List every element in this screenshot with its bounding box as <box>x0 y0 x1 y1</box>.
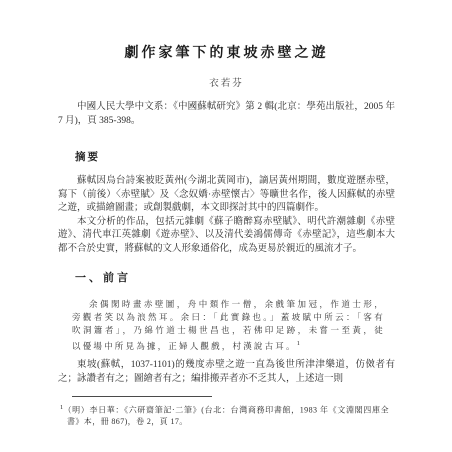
footnote: 1（明）李日華：《六研齋筆記·二筆》(台北：台灣商務印書館，1983 年《文淵閣… <box>60 402 389 429</box>
abstract-paragraph-1: 蘇軾因烏台詩案被貶黃州(今湖北黃岡市)，謫居黃州期間，數度遊歷赤壁，寫下（前後）… <box>58 175 395 216</box>
publication-info: 中國人民大學中文系：《中國蘇軾研究》第 2 輯(北京：學苑出版社，2005 年 … <box>58 101 395 128</box>
section-heading-foreword: 一、前言 <box>75 269 395 285</box>
footnote-reference-marker: 1 <box>297 340 300 347</box>
block-quote: 余偶閑時畫赤壁圖，舟中頹作一僧，余戲筆加冠，作道士形，旁觀者笑以為浪然耳。余曰：… <box>72 298 385 353</box>
footnote-separator <box>72 396 212 397</box>
footnote-text: （明）李日華：《六研齋筆記·二筆》(台北：台灣商務印書館，1983 年《文淵閣四… <box>63 405 389 426</box>
abstract-paragraph-2: 本文分析的作品，包括元雜劇《蘇子瞻醉寫赤壁賦》、明代許潮雜劇《赤壁遊》、清代車江… <box>58 216 395 257</box>
intro-paragraph: 東坡(蘇軾，1037-1101)的幾度赤壁之遊一直為後世所津津樂道，仿傚者有之；… <box>58 359 395 386</box>
author-name: 衣若芬 <box>58 75 395 89</box>
document-page: 劇作家筆下的東坡赤壁之遊 衣若芬 中國人民大學中文系：《中國蘇軾研究》第 2 輯… <box>0 0 452 452</box>
block-quote-text: 余偶閑時畫赤壁圖，舟中頹作一僧，余戲筆加冠，作道士形，旁觀者笑以為浪然耳。余曰：… <box>72 299 385 351</box>
abstract-heading: 摘要 <box>75 149 395 164</box>
paper-title: 劇作家筆下的東坡赤壁之遊 <box>58 42 395 62</box>
